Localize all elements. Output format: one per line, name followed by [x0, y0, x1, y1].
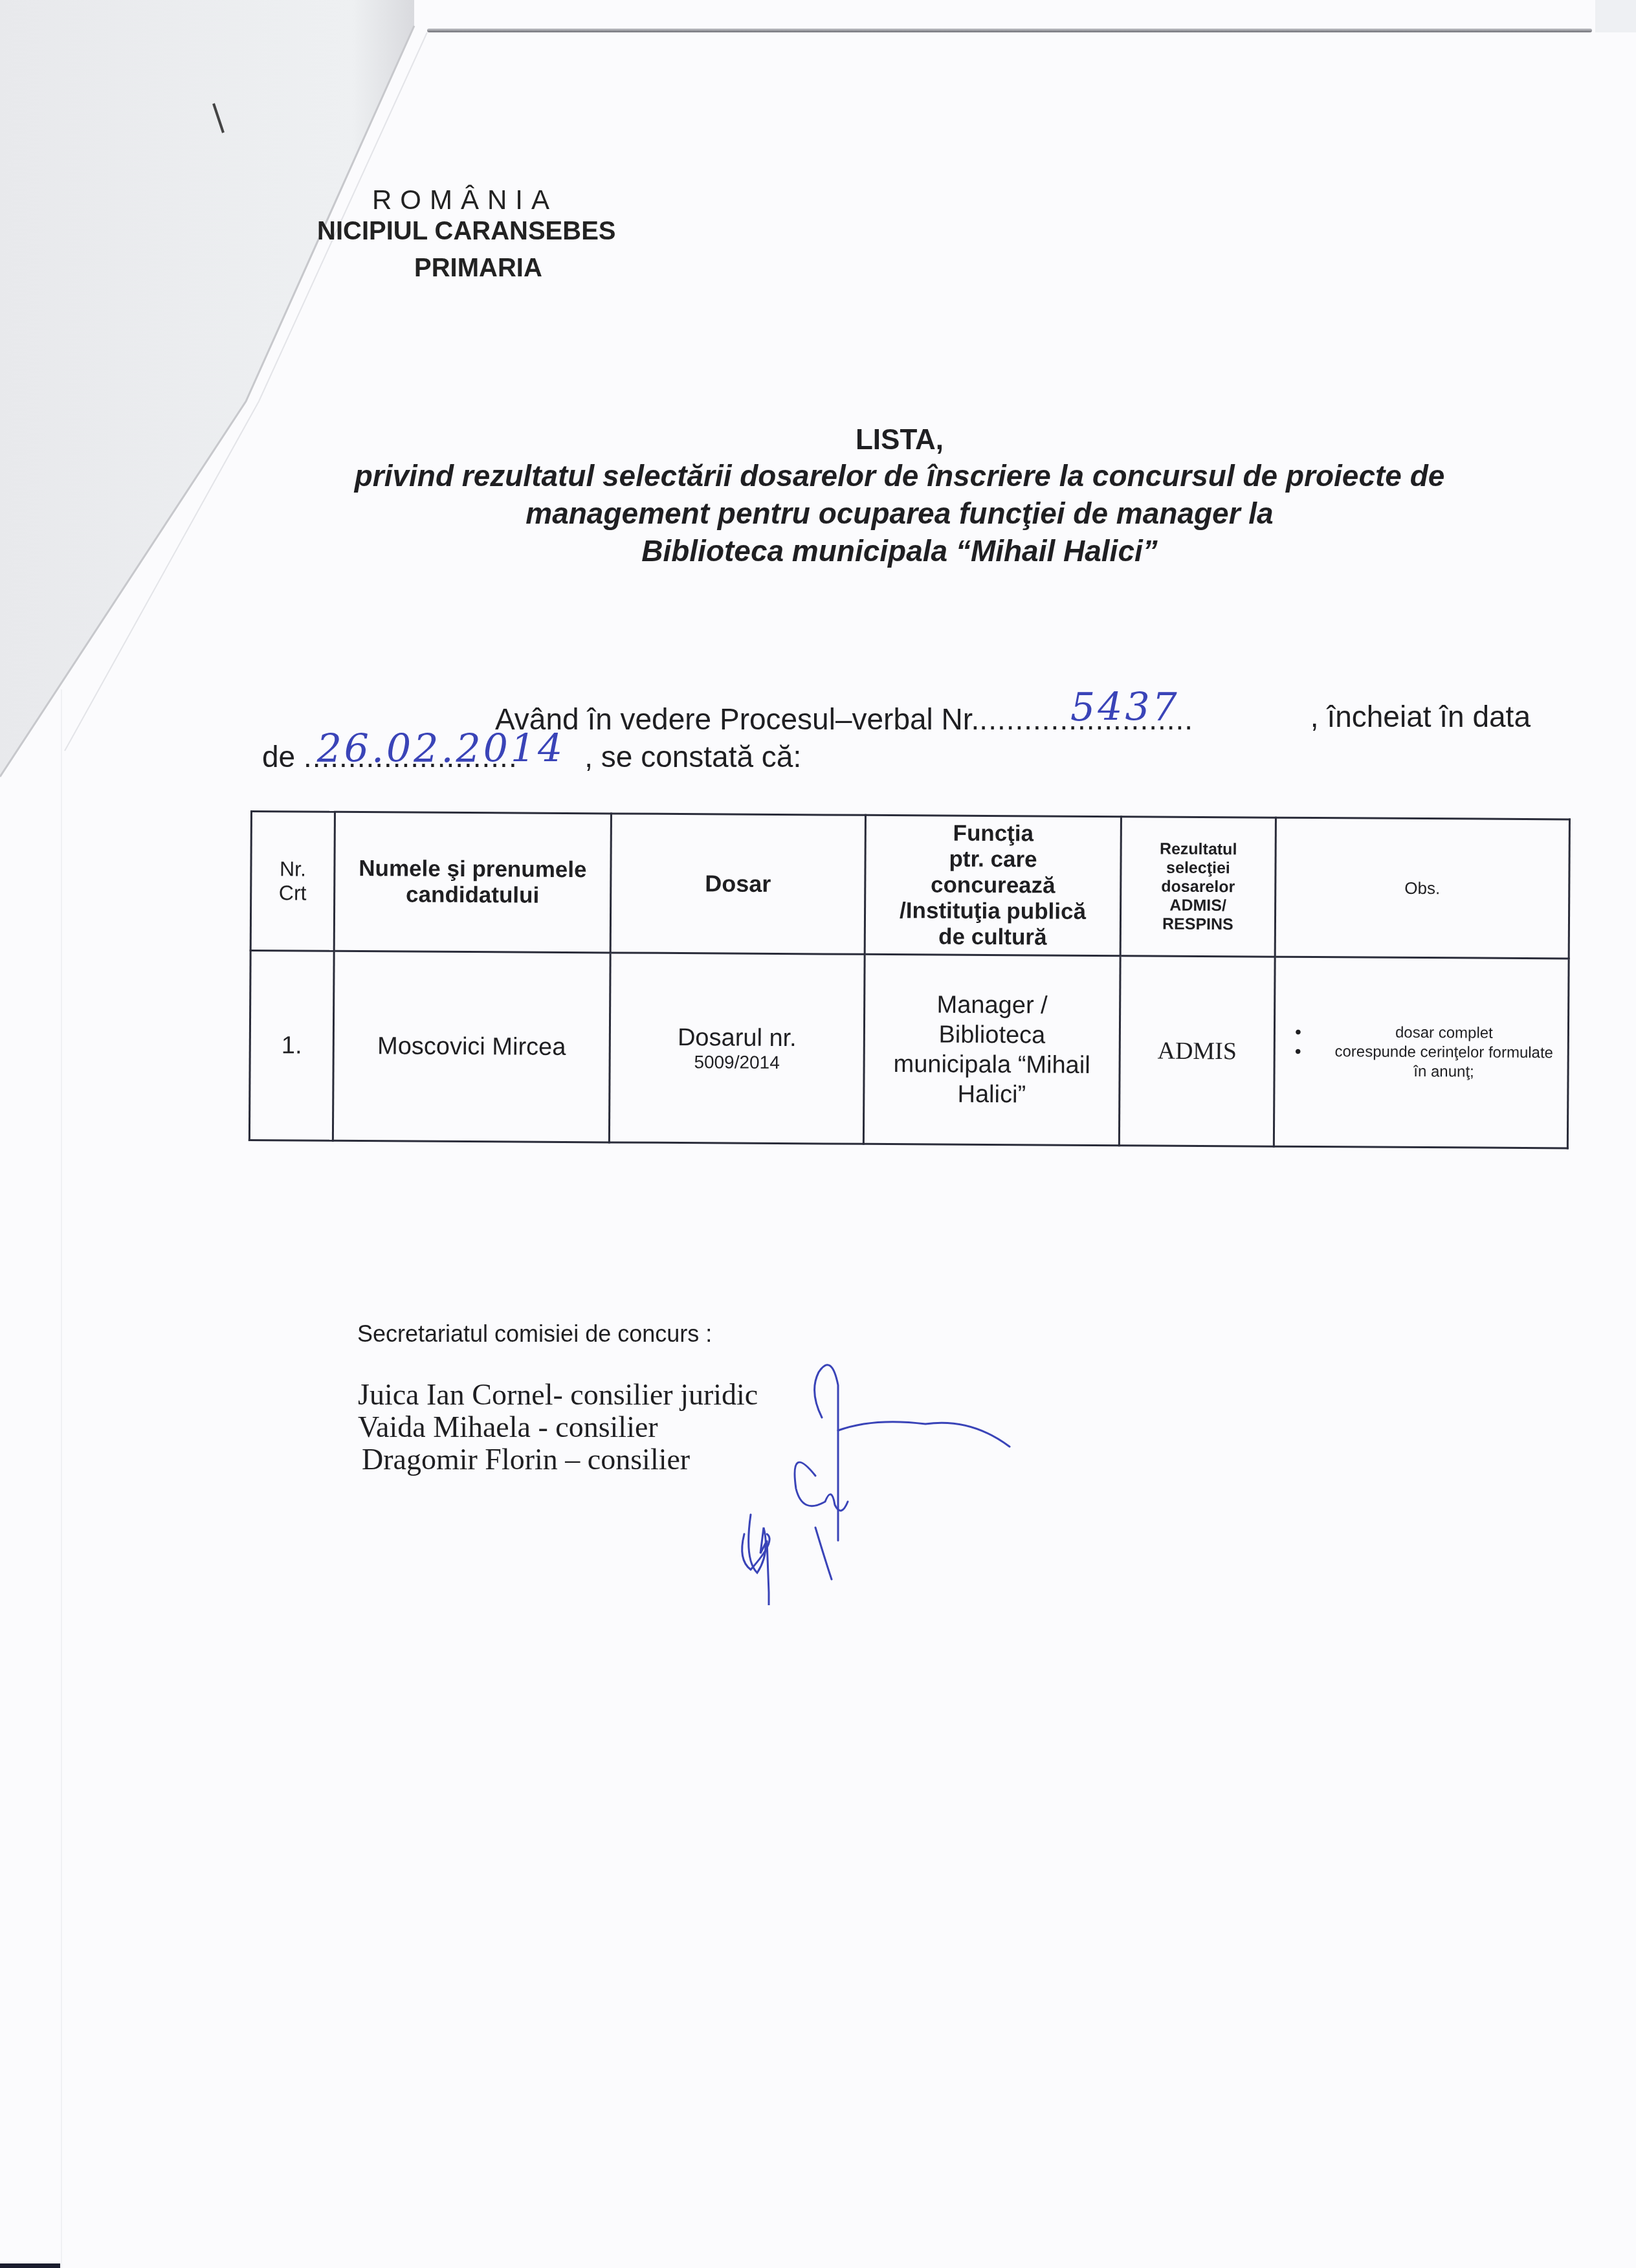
title-line-2: management pentru ocuparea funcţiei de m…	[285, 495, 1514, 531]
intro-paragraph: Având în vedere Procesul–verbal Nr......…	[262, 699, 1531, 774]
handwritten-date: 26.02.2014	[317, 731, 566, 766]
member-3: Dragomir Florin – consilier	[358, 1443, 758, 1476]
table-header-row: Nr.Crt Numele şi prenumelecandidatului D…	[250, 812, 1569, 959]
scanned-page: ROMÂNIA NICIPIUL CARANSEBES PRIMARIA LIS…	[0, 0, 1636, 2268]
cell-dosar: Dosarul nr. 5009/2014	[609, 953, 865, 1144]
header-rezultat: Rezultatul selecţiei dosarelor ADMIS/ RE…	[1120, 817, 1276, 957]
obs-item: corespunde cerinţelor formulate în anunţ…	[1294, 1042, 1560, 1083]
dosar-label: Dosarul nr.	[617, 1023, 857, 1052]
cell-result-status: ADMIS	[1119, 956, 1275, 1146]
document-title: LISTA, privind rezultatul selectării dos…	[285, 424, 1514, 569]
header-nr: Nr.Crt	[250, 812, 335, 951]
handwritten-signatures	[712, 1346, 1100, 1605]
intro-text-1: Având în vedere Procesul–verbal Nr.	[495, 702, 979, 736]
member-1: Juica Ian Cornel- consilier juridic	[358, 1379, 758, 1411]
secretariat-label: Secretariatul comisiei de concurs :	[357, 1320, 712, 1348]
title-main: LISTA,	[285, 424, 1514, 456]
table-row: 1. Moscovici Mircea Dosarul nr. 5009/201…	[249, 951, 1569, 1148]
obs-item: dosar complet	[1295, 1023, 1561, 1044]
secretariat-members: Juica Ian Cornel- consilier juridic Vaid…	[358, 1379, 758, 1476]
header-office: PRIMARIA	[414, 254, 542, 283]
member-2: Vaida Mihaela - consilier	[358, 1411, 758, 1443]
page-top-edge	[427, 28, 1592, 32]
scan-margin	[1595, 0, 1636, 32]
cell-functia: Manager / Biblioteca municipala “Mihail …	[863, 954, 1120, 1145]
header-municipality: NICIPIUL CARANSEBES	[317, 217, 616, 246]
handwritten-report-number: 5437	[1070, 690, 1180, 725]
intro-text-4: , se constată că:	[584, 740, 801, 773]
dosar-number: 5009/2014	[617, 1051, 857, 1073]
cell-nr: 1.	[249, 951, 334, 1141]
title-line-3: Biblioteca municipala “Mihail Halici”	[285, 533, 1514, 569]
header-functia: Funcţia ptr. care concurează /Instituţia…	[865, 815, 1121, 955]
title-line-1: privind rezultatul selectării dosarelor …	[285, 458, 1514, 494]
header-dosar: Dosar	[610, 814, 865, 954]
cell-obs: dosar complet corespunde cerinţelor form…	[1274, 957, 1569, 1148]
scan-mark	[0, 2263, 60, 2268]
header-obs: Obs.	[1275, 817, 1569, 959]
header-country: ROMÂNIA	[372, 184, 558, 216]
header-name: Numele şi prenumelecandidatului	[334, 812, 611, 953]
intro-text-3: de	[262, 740, 304, 773]
cell-candidate-name: Moscovici Mircea	[333, 951, 610, 1142]
results-table: Nr.Crt Numele şi prenumelecandidatului D…	[249, 810, 1571, 1149]
intro-text-2: , încheiat în data	[1310, 699, 1531, 737]
